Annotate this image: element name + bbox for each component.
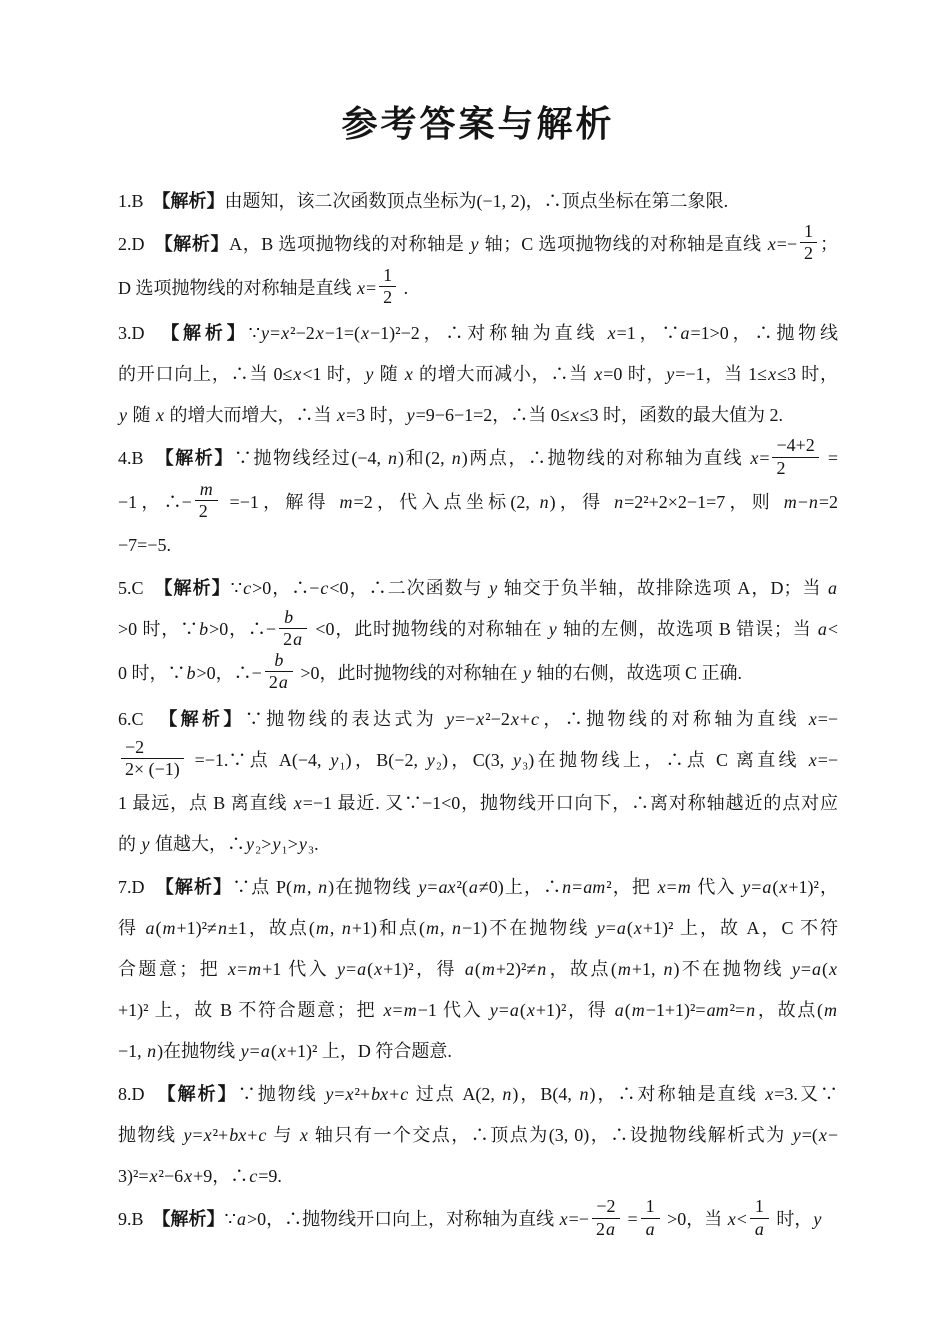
answer-label: 4.B: [118, 448, 165, 468]
fraction: −22a: [592, 1196, 620, 1239]
answer-item-9: 9.B 【解析】∵a>0，∴抛物线开口向上，对称轴为直线 x=−−22a =1a…: [118, 1199, 838, 1243]
text-line: −7=−5.: [118, 525, 838, 566]
fraction-denominator: 2: [772, 458, 818, 479]
fraction: −4+22: [772, 435, 818, 478]
page-title: 参考答案与解析: [118, 96, 838, 147]
answer-label: 2.D: [118, 234, 164, 254]
answer-label: 6.C: [118, 709, 168, 729]
fraction-numerator: m: [195, 479, 218, 501]
text-line: −1, n)在抛物线 y=a(x+1)² 上，D 符合题意.: [118, 1031, 838, 1072]
text-line: 1 最远，点 B 离直线 x=−1 最近. 又∵−1<0，抛物线开口向下，∴离对…: [118, 783, 838, 824]
fraction-denominator: 2: [800, 243, 817, 264]
answer-item-3: 3.D 【解析】∵y=x²−2x−1=(x−1)²−2，∴对称轴为直线 x=1，…: [118, 313, 838, 436]
fraction: b2a: [279, 607, 307, 650]
text-line: −1，∴−m2 =−1，解得 m=2，代入点坐标(2, n)，得 n=2²+2×…: [118, 482, 838, 526]
fraction-numerator: b: [265, 650, 293, 672]
fraction-numerator: b: [279, 607, 307, 629]
text-line: 的开口向上，∴当 0≤x<1 时，y 随 x 的增大而减小，∴当 x=0 时，y…: [118, 354, 838, 395]
text-line: 3.D 【解析】∵y=x²−2x−1=(x−1)²−2，∴对称轴为直线 x=1，…: [118, 313, 838, 354]
fraction-numerator: −2: [592, 1196, 620, 1218]
text-line: 6.C 【解析】∵抛物线的表达式为 y=−x²−2x+c，∴抛物线的对称轴为直线…: [118, 699, 838, 740]
fraction-denominator: 2a: [592, 1219, 620, 1240]
fraction-denominator: 2a: [279, 629, 307, 650]
fraction-denominator: a: [750, 1219, 769, 1240]
answer-label: 1.B: [118, 191, 162, 211]
text-line: 5.C 【解析】∵c>0，∴−c<0，∴二次函数与 y 轴交于负半轴，故排除选项…: [118, 568, 838, 609]
text-line: 8.D 【解析】∵抛物线 y=x²+bx+c 过点 A(2, n)，B(4, n…: [118, 1074, 838, 1115]
fraction-numerator: −4+2: [772, 435, 818, 457]
analysis-tag: 【解析】: [164, 234, 229, 254]
answer-label: 5.C: [118, 578, 164, 598]
fraction-denominator: a: [641, 1219, 660, 1240]
answer-list: 1.B 【解析】由题知，该二次函数顶点坐标为(−1, 2)，∴顶点坐标在第二象限…: [118, 181, 838, 1243]
analysis-tag: 【解析】: [165, 877, 232, 897]
text-line: −22× (−1) =−1.∵点 A(−4, y₁)，B(−2, y₂)，C(3…: [118, 740, 838, 784]
fraction: m2: [195, 479, 218, 522]
text-line: 抛物线 y=x²+bx+c 与 x 轴只有一个交点，∴顶点为(3, 0)，∴设抛…: [118, 1115, 838, 1156]
text-line: 0 时，∵b>0，∴−b2a >0，此时抛物线的对称轴在 y 轴的右侧，故选项 …: [118, 653, 838, 697]
answer-label: 9.B: [118, 1209, 162, 1229]
analysis-tag: 【解析】: [162, 1209, 225, 1229]
fraction-numerator: 1: [379, 265, 396, 287]
answer-label: 7.D: [118, 877, 165, 897]
document-page: 参考答案与解析 1.B 【解析】由题知，该二次函数顶点坐标为(−1, 2)，∴顶…: [0, 0, 950, 1344]
text-line: 7.D 【解析】∵点 P(m, n)在抛物线 y=ax²(a≠0)上，∴n=am…: [118, 867, 838, 908]
analysis-tag: 【解析】: [165, 448, 234, 468]
fraction: 12: [800, 221, 817, 264]
text-line: >0 时，∵b>0，∴−b2a <0，此时抛物线的对称轴在 y 轴的左侧，故选项…: [118, 609, 838, 653]
analysis-tag: 【解析】: [162, 191, 225, 211]
text-line: 2.D 【解析】A，B 选项抛物线的对称轴是 y 轴；C 选项抛物线的对称轴是直…: [118, 224, 838, 268]
fraction: b2a: [265, 650, 293, 693]
fraction: 12: [379, 265, 396, 308]
fraction: 1a: [641, 1196, 660, 1239]
fraction-numerator: 1: [750, 1196, 769, 1218]
text-line: 4.B 【解析】∵抛物线经过(−4, n)和(2, n)两点，∴抛物线的对称轴为…: [118, 438, 838, 482]
text-line: +1)² 上，故 B 不符合题意；把 x=m−1 代入 y=a(x+1)²，得 …: [118, 990, 838, 1031]
analysis-tag: 【解析】: [168, 709, 245, 729]
analysis-tag: 【解析】: [167, 1084, 238, 1104]
text-line: 合题意；把 x=m+1 代入 y=a(x+1)²，得 a(m+2)²≠n，故点(…: [118, 949, 838, 990]
fraction-numerator: 1: [800, 221, 817, 243]
text-line: y 随 x 的增大而增大，∴当 x=3 时，y=9−6−1=2，∴当 0≤x≤3…: [118, 395, 838, 436]
fraction-numerator: −2: [121, 737, 184, 759]
answer-item-2: 2.D 【解析】A，B 选项抛物线的对称轴是 y 轴；C 选项抛物线的对称轴是直…: [118, 224, 838, 311]
fraction: 1a: [750, 1196, 769, 1239]
answer-item-8: 8.D 【解析】∵抛物线 y=x²+bx+c 过点 A(2, n)，B(4, n…: [118, 1074, 838, 1197]
text-line: 9.B 【解析】∵a>0，∴抛物线开口向上，对称轴为直线 x=−−22a =1a…: [118, 1199, 838, 1243]
fraction-denominator: 2: [195, 501, 218, 522]
fraction-denominator: 2: [379, 287, 396, 308]
analysis-tag: 【解析】: [170, 323, 248, 343]
fraction-numerator: 1: [641, 1196, 660, 1218]
text-line: D 选项抛物线的对称轴是直线 x=12 .: [118, 268, 838, 312]
answer-item-7: 7.D 【解析】∵点 P(m, n)在抛物线 y=ax²(a≠0)上，∴n=am…: [118, 867, 838, 1072]
answer-item-4: 4.B 【解析】∵抛物线经过(−4, n)和(2, n)两点，∴抛物线的对称轴为…: [118, 438, 838, 566]
answer-label: 8.D: [118, 1084, 167, 1104]
fraction-denominator: 2× (−1): [121, 759, 184, 780]
text-line: 1.B 【解析】由题知，该二次函数顶点坐标为(−1, 2)，∴顶点坐标在第二象限…: [118, 181, 838, 222]
answer-item-5: 5.C 【解析】∵c>0，∴−c<0，∴二次函数与 y 轴交于负半轴，故排除选项…: [118, 568, 838, 696]
answer-item-6: 6.C 【解析】∵抛物线的表达式为 y=−x²−2x+c，∴抛物线的对称轴为直线…: [118, 699, 838, 866]
analysis-tag: 【解析】: [164, 578, 231, 598]
fraction-denominator: 2a: [265, 672, 293, 693]
fraction: −22× (−1): [121, 737, 184, 780]
text-line: 3)²=x²−6x+9，∴c=9.: [118, 1156, 838, 1197]
text-line: 的 y 值越大，∴y₂>y₁>y₃.: [118, 824, 838, 865]
text-line: 得 a(m+1)²≠n±1，故点(m, n+1)和点(m, n−1)不在抛物线 …: [118, 908, 838, 949]
answer-item-1: 1.B 【解析】由题知，该二次函数顶点坐标为(−1, 2)，∴顶点坐标在第二象限…: [118, 181, 838, 222]
answer-label: 3.D: [118, 323, 170, 343]
